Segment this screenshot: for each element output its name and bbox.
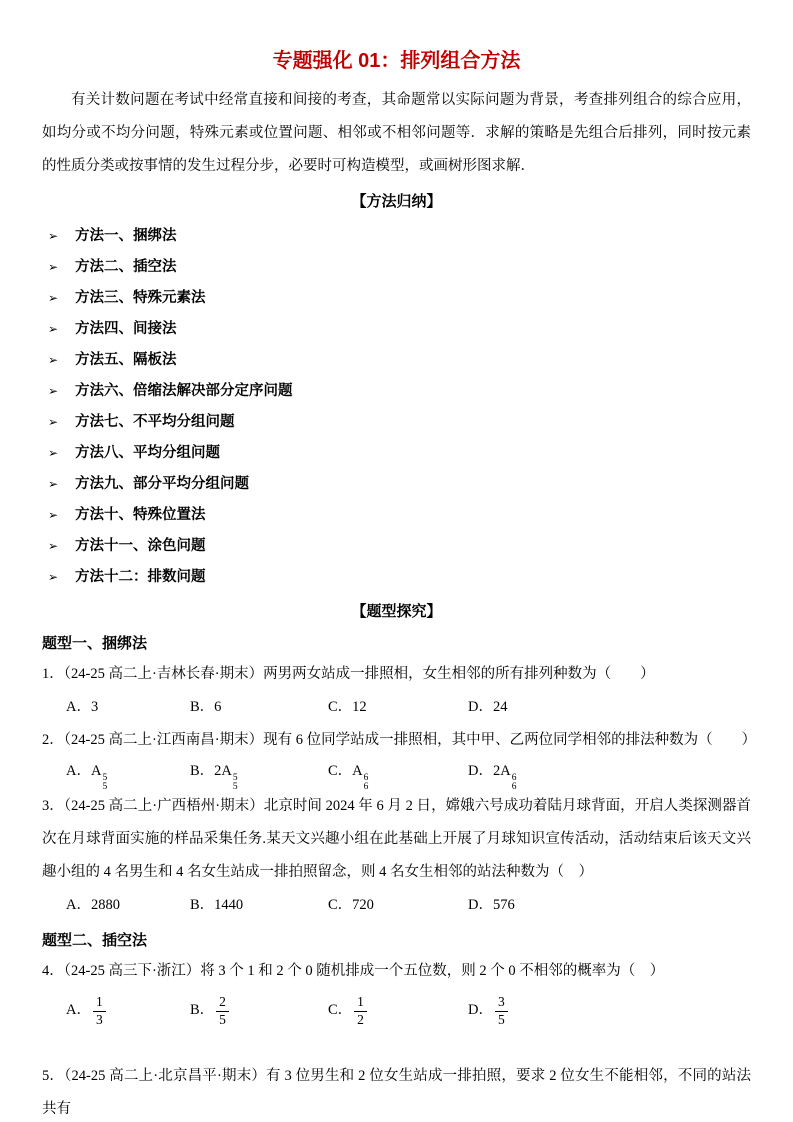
page-title: 专题强化 01：排列组合方法 xyxy=(42,46,751,76)
method-item-11: ➢方法十一、涂色问题 xyxy=(42,531,751,562)
fraction: 12 xyxy=(354,994,367,1027)
question-3-text: 3．（24-25 高二上·广西梧州·期末）北京时间 2024 年 6 月 2 日… xyxy=(42,790,751,889)
option-a: A．2880 xyxy=(66,889,190,922)
intro-paragraph: 有关计数问题在考试中经常直接和间接的考查，其命题常以实际问题为背景，考查排列组合… xyxy=(42,84,751,183)
method-item-10: ➢方法十、特殊位置法 xyxy=(42,500,751,531)
methods-list: ➢方法一、捆绑法 ➢方法二、插空法 ➢方法三、特殊元素法 ➢方法四、间接法 ➢方… xyxy=(42,221,751,593)
option-d: D．24 xyxy=(468,691,751,724)
permutation-symbol: A xyxy=(221,763,231,779)
method-item-label: 方法十二：排数问题 xyxy=(75,569,206,585)
method-item-label: 方法七、不平均分组问题 xyxy=(75,414,235,430)
document-page: 专题强化 01：排列组合方法 有关计数问题在考试中经常直接和间接的考查，其命题常… xyxy=(0,0,793,1122)
arrow-bullet-icon: ➢ xyxy=(42,376,75,407)
method-item-label: 方法五、隔板法 xyxy=(75,352,177,368)
method-item-2: ➢方法二、插空法 xyxy=(42,252,751,283)
arrow-bullet-icon: ➢ xyxy=(42,438,75,469)
method-item-7: ➢方法七、不平均分组问题 xyxy=(42,407,751,438)
method-item-1: ➢方法一、捆绑法 xyxy=(42,221,751,252)
method-item-8: ➢方法八、平均分组问题 xyxy=(42,438,751,469)
option-c: C．720 xyxy=(328,889,468,922)
option-b: B．1440 xyxy=(190,889,328,922)
question-2-options: A．A55 B．2A55 C．A66 D．2A66 xyxy=(42,757,751,790)
option-b: B．25 xyxy=(190,994,328,1027)
arrow-bullet-icon: ➢ xyxy=(42,469,75,500)
arrow-bullet-icon: ➢ xyxy=(42,562,75,593)
arrow-bullet-icon: ➢ xyxy=(42,345,75,376)
topics-header: 【题型探究】 xyxy=(42,599,751,625)
question-4-text: 4．（24-25 高三下·浙江）将 3 个 1 和 2 个 0 随机排成一个五位… xyxy=(42,955,751,988)
method-item-3: ➢方法三、特殊元素法 xyxy=(42,283,751,314)
option-a: A．A55 xyxy=(66,755,190,792)
question-5-text: 5．（24-25 高二上·北京昌平·期末）有 3 位男生和 2 位女生站成一排拍… xyxy=(42,1060,751,1122)
option-d: D．576 xyxy=(468,889,751,922)
method-item-label: 方法八、平均分组问题 xyxy=(75,445,220,461)
arrow-bullet-icon: ➢ xyxy=(42,221,75,252)
method-item-4: ➢方法四、间接法 xyxy=(42,314,751,345)
method-item-9: ➢方法九、部分平均分组问题 xyxy=(42,469,751,500)
method-item-6: ➢方法六、倍缩法解决部分定序问题 xyxy=(42,376,751,407)
method-item-label: 方法十一、涂色问题 xyxy=(75,538,206,554)
option-c: C．A66 xyxy=(328,755,468,792)
option-d: D．35 xyxy=(468,994,751,1027)
arrow-bullet-icon: ➢ xyxy=(42,283,75,314)
methods-header: 【方法归纳】 xyxy=(42,189,751,215)
option-a: A．3 xyxy=(66,691,190,724)
topic-1-title: 题型一、捆绑法 xyxy=(42,629,751,658)
method-item-label: 方法三、特殊元素法 xyxy=(75,290,206,306)
method-item-label: 方法十、特殊位置法 xyxy=(75,507,206,523)
method-item-label: 方法六、倍缩法解决部分定序问题 xyxy=(75,383,293,399)
question-3-options: A．2880 B．1440 C．720 D．576 xyxy=(42,889,751,922)
arrow-bullet-icon: ➢ xyxy=(42,407,75,438)
arrow-bullet-icon: ➢ xyxy=(42,314,75,345)
method-item-label: 方法四、间接法 xyxy=(75,321,177,337)
method-item-label: 方法一、捆绑法 xyxy=(75,228,177,244)
method-item-label: 方法二、插空法 xyxy=(75,259,177,275)
arrow-bullet-icon: ➢ xyxy=(42,500,75,531)
permutation-symbol: A xyxy=(91,763,101,779)
fraction: 13 xyxy=(93,994,106,1027)
option-c: C．12 xyxy=(328,994,468,1027)
arrow-bullet-icon: ➢ xyxy=(42,531,75,562)
method-item-label: 方法九、部分平均分组问题 xyxy=(75,476,249,492)
question-1-text: 1．（24-25 高二上·吉林长春·期末）两男两女站成一排照相，女生相邻的所有排… xyxy=(42,658,751,691)
arrow-bullet-icon: ➢ xyxy=(42,252,75,283)
option-c: C．12 xyxy=(328,691,468,724)
option-d: D．2A66 xyxy=(468,755,751,792)
method-item-12: ➢方法十二：排数问题 xyxy=(42,562,751,593)
method-item-5: ➢方法五、隔板法 xyxy=(42,345,751,376)
permutation-symbol: A xyxy=(500,763,510,779)
question-1-options: A．3 B．6 C．12 D．24 xyxy=(42,691,751,724)
question-2-text: 2．（24-25 高二上·江西南昌·期末）现有 6 位同学站成一排照相，其中甲、… xyxy=(42,724,751,757)
topic-2-title: 题型二、插空法 xyxy=(42,926,751,955)
permutation-symbol: A xyxy=(352,763,362,779)
option-b: B．6 xyxy=(190,691,328,724)
question-4-options: A．13 B．25 C．12 D．35 xyxy=(42,988,751,1034)
option-a: A．13 xyxy=(66,994,190,1027)
option-b: B．2A55 xyxy=(190,755,328,792)
fraction: 25 xyxy=(216,994,229,1027)
fraction: 35 xyxy=(495,994,508,1027)
